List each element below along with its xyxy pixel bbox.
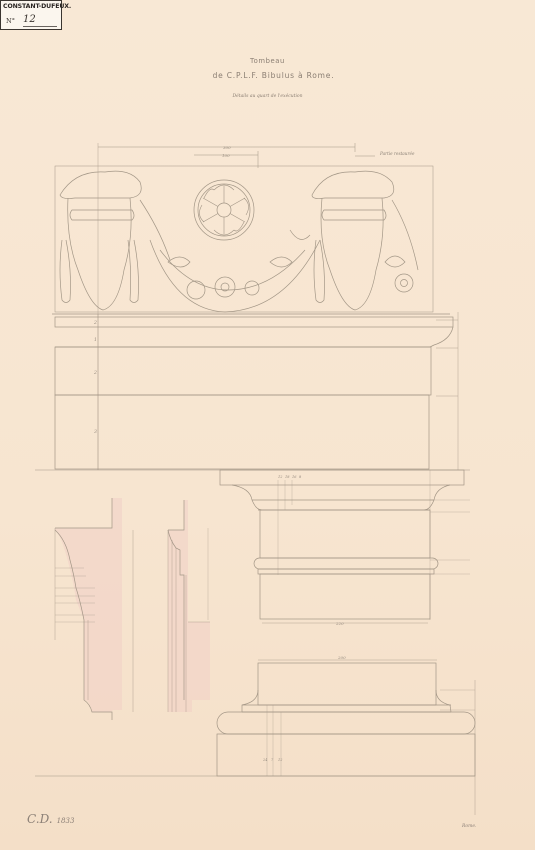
dimension-overall: 300 — [223, 145, 231, 150]
base-dim-1: 24 — [262, 758, 267, 762]
base-dim-3: 12 — [278, 758, 283, 762]
right-bucranium — [312, 171, 418, 310]
cornice-profile-section — [55, 498, 133, 720]
cap-dim-4: 8 — [299, 475, 302, 479]
drawing-sheet: CONSTANT-DUFEUX. N° 12 Tombeau de C.P.L.… — [0, 0, 535, 850]
base-profile-section — [168, 500, 210, 712]
architectural-drawing: 300 100 — [0, 0, 535, 850]
cap-dim-2: 18 — [285, 475, 290, 479]
level-1: 2 — [93, 320, 97, 326]
level-3: 2 — [93, 370, 97, 376]
signature-initials: C.D. — [27, 812, 53, 826]
top-dimensions: 300 100 — [98, 143, 375, 470]
left-bucranium — [60, 171, 170, 310]
location-note: Rome. — [462, 824, 476, 829]
garland — [150, 230, 320, 312]
shaft-width: 220 — [335, 621, 344, 626]
base-top-width: 200 — [337, 655, 346, 660]
cap-dim-1: 12 — [278, 475, 283, 479]
cap-dim-3: 16 — [292, 475, 297, 479]
entablature-elevation: 2 1 2 3 — [52, 312, 458, 470]
signature-year: 1833 — [57, 817, 75, 825]
level-2: 1 — [94, 337, 97, 343]
dimension-partial: 100 — [222, 153, 230, 158]
rosette — [194, 180, 254, 240]
level-4: 3 — [94, 429, 97, 435]
base-dim-2: 7 — [271, 758, 274, 762]
signature: C.D.1833 — [27, 812, 74, 826]
